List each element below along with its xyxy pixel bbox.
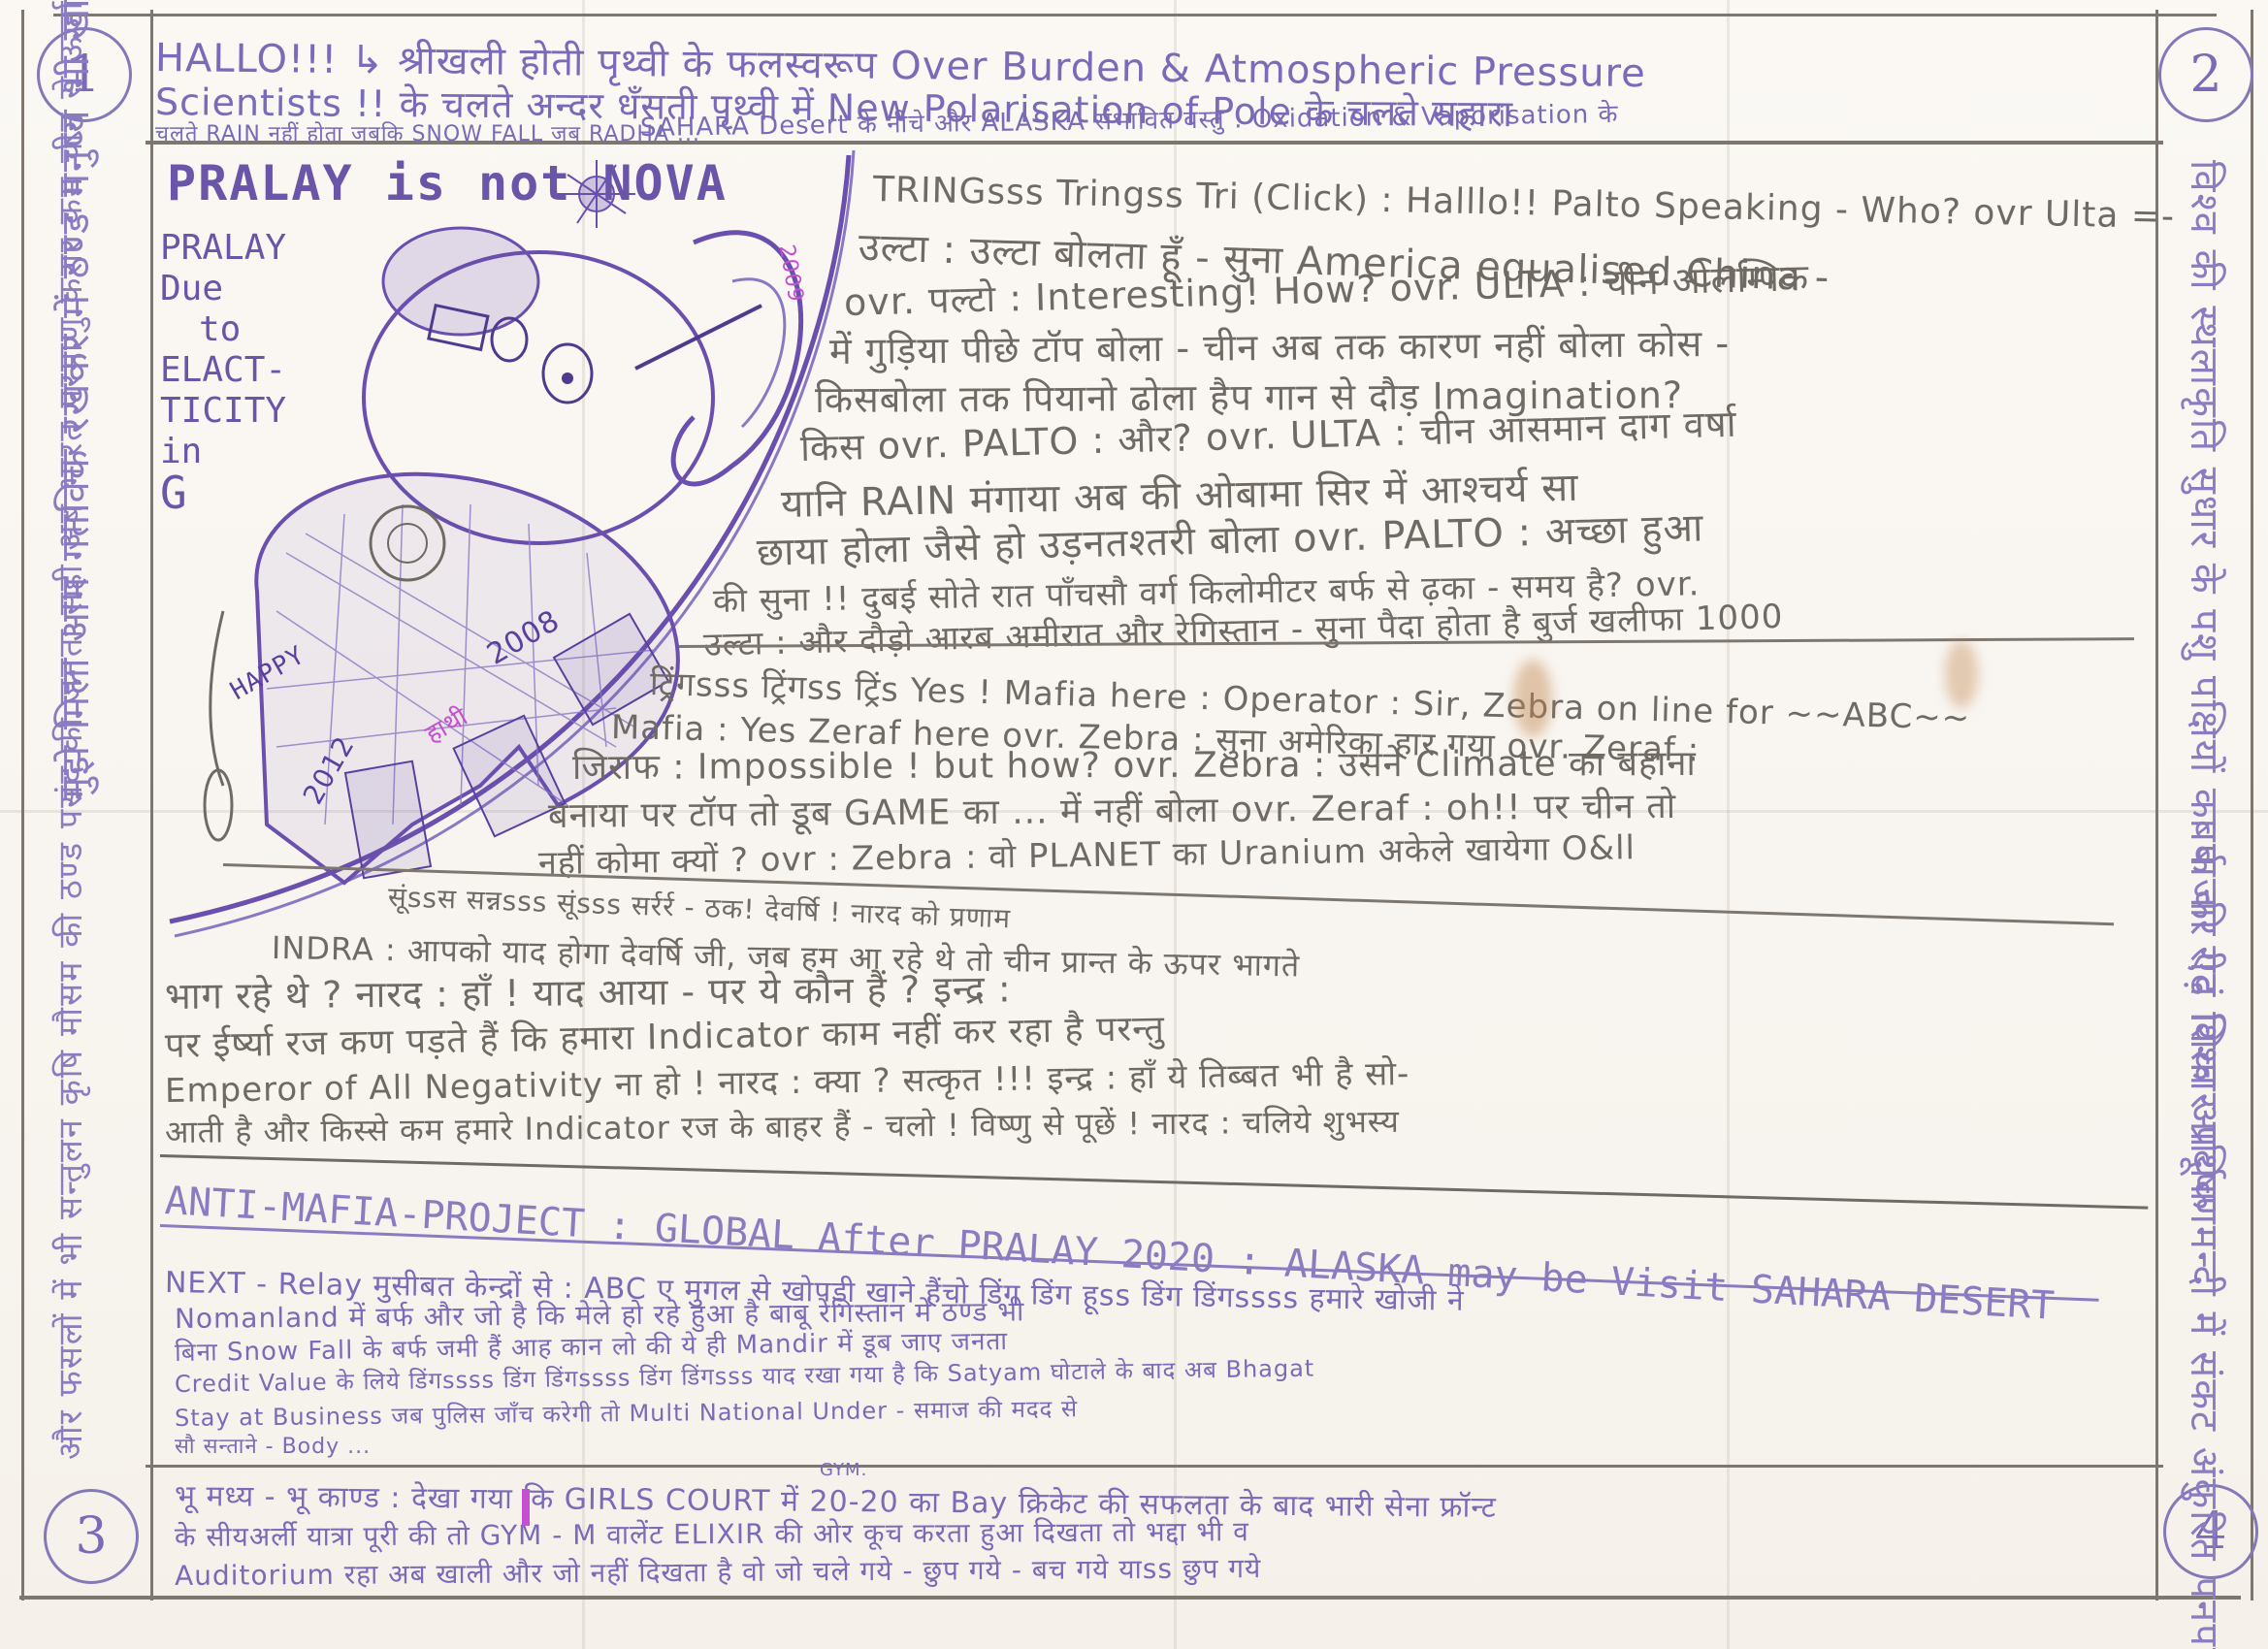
frame-right-outer — [2251, 10, 2253, 1600]
frame-bottom — [19, 1596, 2241, 1600]
left-margin-mid: और फसलों में भी सन्तुलन कृषि मौसम की ठण्… — [49, 820, 93, 1460]
right-margin-mid: बर्फ की रीढ़ विश्व आर्थिक मन्दी में संकट… — [2178, 820, 2231, 1460]
sketch-subtitle-line: to — [160, 309, 286, 350]
page-number-2: 2 — [2158, 27, 2253, 122]
frame-top — [53, 14, 2217, 16]
sketch-subtitle-line: TICITY — [160, 391, 286, 432]
frame-left-outer — [21, 10, 24, 1600]
tea-stain-1 — [1513, 660, 1552, 737]
page-number-2-text: 2 — [2189, 46, 2221, 104]
header-line-4: चलते RAIN नहीं होता जबकि SNOW FALL जब RA… — [155, 118, 700, 147]
sketch-subtitle-line: PRALAY — [160, 228, 286, 269]
frame-right-inner — [2155, 10, 2158, 1600]
bottom-line: के सीयअर्ली यात्रा पूरी की तो GYM - M वा… — [175, 1512, 1249, 1555]
dialogue-1-line: में गुड़िया पीछे टॉप बोला - चीन अब तक का… — [829, 317, 1730, 375]
footer-line: Stay at Business जब पुलिस जाँच करेगी तो … — [175, 1392, 1079, 1434]
sketch-subtitle: PRALAY Due to ELACT- TICITY in G — [160, 228, 286, 513]
footer-line: सौ सन्ताने - Body ... — [175, 1431, 371, 1460]
sketch-subtitle-line: G — [160, 472, 286, 513]
sketch-subtitle-line: Due — [160, 269, 286, 309]
frame-above-bottom — [146, 1465, 2163, 1468]
bottom-line: Auditorium रहा अब खाली और जो नहीं दिखता … — [175, 1549, 1262, 1594]
scanned-letter-page: 1 2 3 4 HALLO!!! ↳ श्रीखली होती पृथ्वी क… — [0, 0, 2268, 1649]
pink-mark-bottom — [522, 1489, 530, 1526]
sketch-subtitle-line: ELACT- — [160, 350, 286, 391]
page-number-3-text: 3 — [75, 1507, 107, 1566]
right-margin-top: विश्व की स्थलाकृति सुधार के पशु पक्षियों… — [2178, 160, 2231, 800]
bottom-gym-note: GYM. — [820, 1460, 867, 1480]
sketch-title: PRALAY is not NOVA — [167, 155, 728, 211]
tea-stain-2 — [1945, 640, 1978, 708]
page-number-3: 3 — [44, 1489, 139, 1584]
